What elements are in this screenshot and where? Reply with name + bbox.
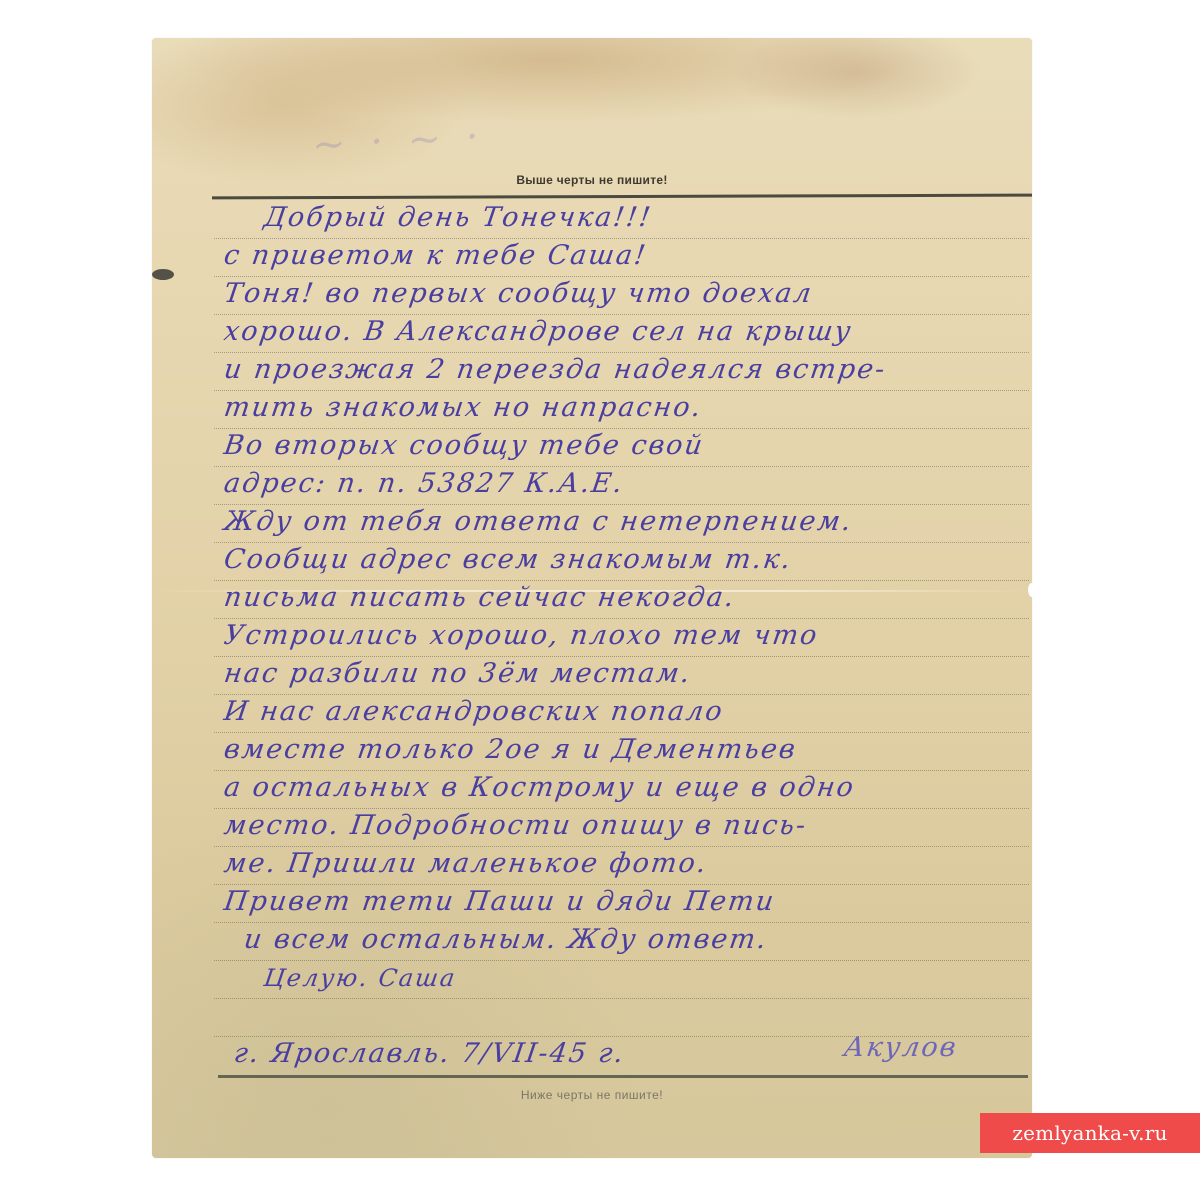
dotted-line bbox=[214, 846, 1029, 847]
letter-line: И нас александровских попало bbox=[222, 696, 726, 727]
letter-line: Во вторых сообщу тебе свой bbox=[222, 430, 706, 461]
dotted-line bbox=[214, 960, 1029, 961]
letter-line: Устроились хорошо, плохо тем что bbox=[222, 620, 821, 651]
dotted-line bbox=[214, 618, 1029, 619]
site-watermark: zemlyanka-v.ru bbox=[980, 1113, 1200, 1153]
dotted-line bbox=[214, 504, 1029, 505]
letter-closing: Целую. Саша bbox=[262, 964, 458, 992]
dotted-line bbox=[214, 580, 1029, 581]
top-rule bbox=[212, 194, 1032, 200]
letter-line: адрес: п. п. 53827 К.А.Е. bbox=[222, 468, 626, 499]
letter-line: Жду от тебя ответа с нетерпением. bbox=[222, 506, 855, 537]
watermark-text: zemlyanka-v.ru bbox=[1012, 1121, 1167, 1145]
letter-line: Добрый день Тонечка!!! bbox=[262, 202, 654, 233]
form-header-note: Выше черты не пишите! bbox=[152, 173, 1032, 187]
dotted-line bbox=[214, 998, 1029, 999]
dotted-line bbox=[214, 694, 1029, 695]
ink-blot bbox=[152, 269, 174, 280]
letter-line: ме. Пришли маленькое фото. bbox=[222, 848, 710, 879]
letter-line: а остальных в Кострому и еще в одно bbox=[222, 772, 857, 803]
place-and-date: г. Ярославль. 7/VII-45 г. bbox=[232, 1038, 627, 1069]
bottom-rule bbox=[218, 1075, 1028, 1078]
dotted-line bbox=[214, 314, 1029, 315]
dotted-line bbox=[214, 238, 1029, 239]
letter-line: хорошо. В Александрове сел на крышу bbox=[222, 316, 854, 347]
fold-notch bbox=[1028, 583, 1036, 597]
dotted-line bbox=[214, 542, 1029, 543]
dotted-line bbox=[214, 276, 1029, 277]
signature: Акулов bbox=[842, 1032, 960, 1063]
dotted-line bbox=[214, 656, 1029, 657]
letter-line: Привет тети Паши и дяди Пети bbox=[222, 886, 777, 917]
letter-line: тить знакомых но напрасно. bbox=[222, 392, 704, 423]
letter-line: место. Подробности опишу в пись- bbox=[222, 810, 809, 841]
faint-pencil-marks: ~ · ~ · bbox=[311, 114, 486, 169]
photo-stage: ~ · ~ · Выше черты не пишите! bbox=[0, 0, 1200, 1200]
letter-line: Тоня! во первых сообщу что доехал bbox=[222, 278, 815, 309]
letter-line: и проезжая 2 переезда надеялся встре- bbox=[222, 354, 889, 385]
dotted-line bbox=[214, 808, 1029, 809]
letter-line: с приветом к тебе Саша! bbox=[222, 240, 649, 271]
dotted-line bbox=[214, 732, 1029, 733]
dotted-line bbox=[214, 428, 1029, 429]
dotted-line bbox=[214, 884, 1029, 885]
dotted-line bbox=[214, 390, 1029, 391]
dotted-line bbox=[214, 466, 1029, 467]
letter-paper: ~ · ~ · Выше черты не пишите! bbox=[152, 38, 1032, 1158]
letter-line: нас разбили по 3ём местам. bbox=[222, 658, 694, 689]
dotted-line bbox=[214, 770, 1029, 771]
dotted-line bbox=[214, 922, 1029, 923]
letter-line: Сообщи адрес всем знакомым т.к. bbox=[222, 544, 794, 575]
letter-line: письма писать сейчас некогда. bbox=[222, 582, 738, 613]
letter-line: и всем остальным. Жду ответ. bbox=[242, 924, 770, 955]
letter-line: вместе только 2ое я и Дементьев bbox=[222, 734, 799, 765]
form-footer-note: Ниже черты не пишите! bbox=[152, 1088, 1032, 1102]
dotted-line bbox=[214, 352, 1029, 353]
